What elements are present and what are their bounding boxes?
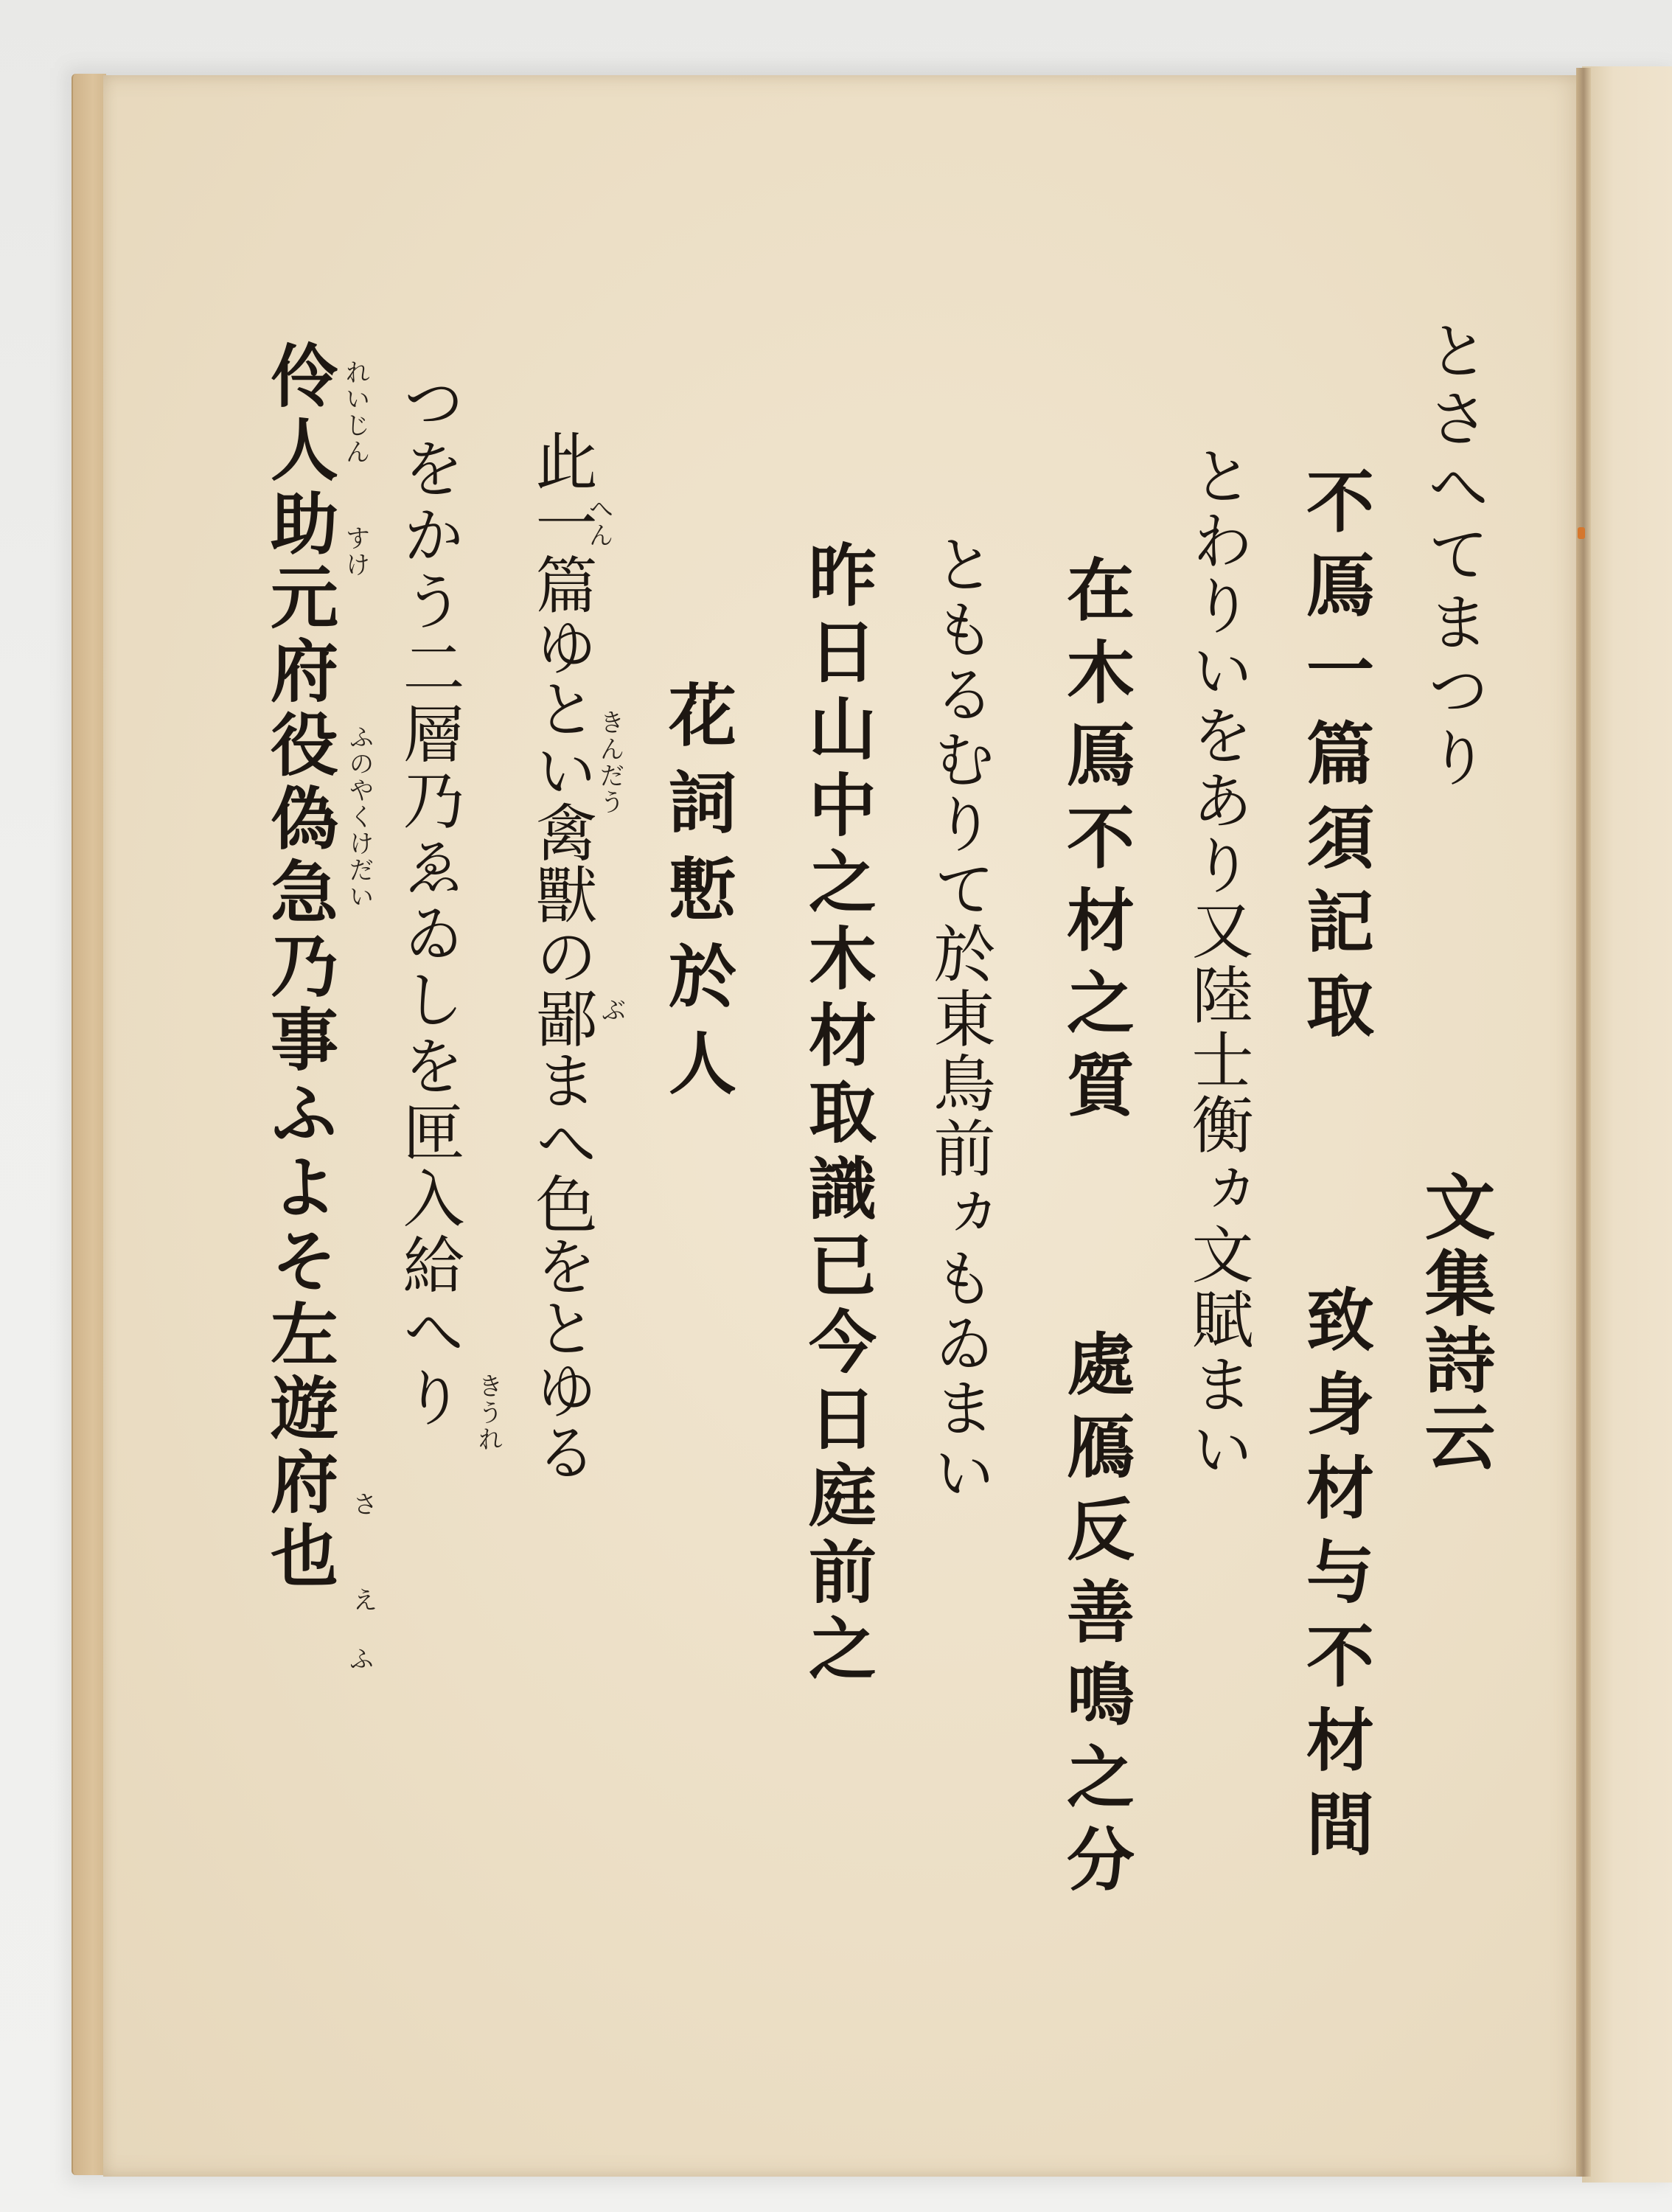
binding-gutter [1576, 68, 1591, 2177]
column-6: 昨日山中之木材取識已今日庭前之 [804, 540, 871, 1690]
column-2a: 不鳫一篇須記取 [1301, 466, 1369, 1054]
column-2b: 致身材与不材間 [1301, 1284, 1369, 1873]
ruby-fu-no-yakukedai: ふのやくけだい [346, 724, 372, 910]
column-9: つをかう二層乃ゑゐしを匣入給へり [398, 370, 460, 1432]
manuscript-page: 文集詩云 とさへてまつり 不鳫一篇須記取 致身材与不材間 とわりいをあり又陸士衡… [103, 75, 1585, 2177]
ruby-sa: さ [350, 1491, 375, 1517]
right-page-edge [1582, 66, 1672, 2183]
ruby-e: え [350, 1587, 375, 1613]
ruby-hen: へん [586, 495, 611, 549]
ruby-bu: ぶ [599, 997, 624, 1023]
column-3: とわりいをあり又陸士衡ヵ文賦まい [1187, 444, 1249, 1482]
column-10: 伶人助元府役偽急乃事ふよそ左遊府也 [265, 341, 333, 1594]
column-8: 此一篇ゆとい禽獸の鄙まへ色をとゆる [531, 429, 593, 1482]
ruby-kiure: きうれ [476, 1373, 501, 1453]
column-4a: 在木鳫不材之質 [1062, 554, 1129, 1133]
ruby-kindo: きんだう [597, 709, 622, 815]
ruby-fu: ふ [346, 1646, 372, 1672]
ruby-reijin: れいじん [343, 359, 368, 465]
column-5: ともるむりて於東鳥前ヵもゐまい [929, 532, 991, 1506]
cover-edge [72, 74, 106, 2175]
header-text: 文集詩云 [1419, 1170, 1490, 1477]
orange-stain [1578, 527, 1585, 539]
column-7: 花詞慙於人 [663, 680, 731, 1115]
ruby-suke: すけ [343, 525, 368, 578]
column-1: とさへてまつり [1423, 319, 1485, 793]
column-4b: 處鴈反善鳴之分 [1062, 1329, 1129, 1907]
